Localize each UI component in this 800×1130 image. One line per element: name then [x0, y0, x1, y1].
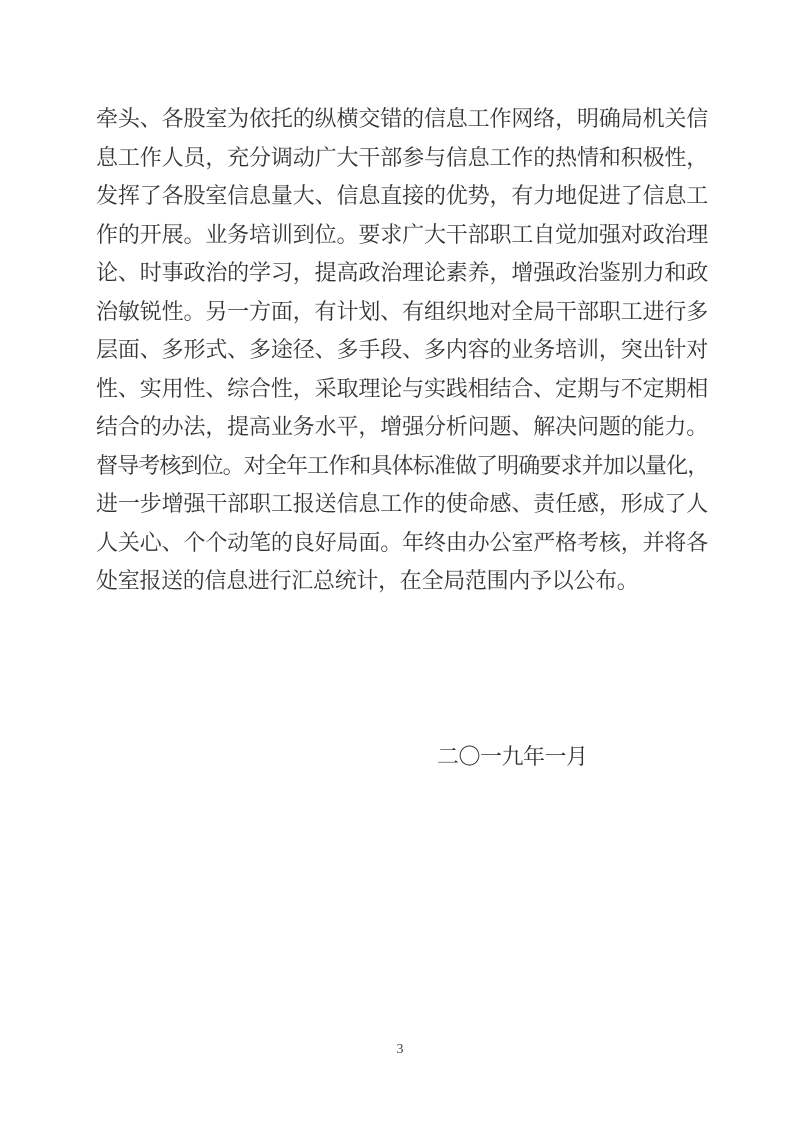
body-line: 结合的办法，提高业务水平，增强分析问题、解决问题的能力。: [96, 408, 708, 447]
body-line: 论、时事政治的学习，提高政治理论素养，增强政治鉴别力和政: [96, 254, 708, 293]
body-line: 进一步增强干部职工报送信息工作的使命感、责任感，形成了人: [96, 485, 708, 524]
body-paragraph: 牵头、各股室为依托的纵横交错的信息工作网络，明确局机关信 息工作人员，充分调动广…: [96, 100, 708, 601]
body-line: 性、实用性、综合性，采取理论与实践相结合、定期与不定期相: [96, 370, 708, 409]
body-line: 作的开展。业务培训到位。要求广大干部职工自觉加强对政治理: [96, 216, 708, 255]
document-page: 牵头、各股室为依托的纵横交错的信息工作网络，明确局机关信 息工作人员，充分调动广…: [0, 0, 800, 1130]
body-line: 息工作人员，充分调动广大干部参与信息工作的热情和积极性，: [96, 139, 708, 178]
page-number: 3: [0, 1042, 800, 1058]
body-line: 层面、多形式、多途径、多手段、多内容的业务培训，突出针对: [96, 331, 708, 370]
body-line: 治敏锐性。另一方面，有计划、有组织地对全局干部职工进行多: [96, 293, 708, 332]
body-line: 发挥了各股室信息量大、信息直接的优势，有力地促进了信息工: [96, 177, 708, 216]
body-line: 督导考核到位。对全年工作和具体标准做了明确要求并加以量化，: [96, 447, 708, 486]
document-date: 二〇一九年一月: [437, 740, 588, 771]
body-line: 处室报送的信息进行汇总统计，在全局范围内予以公布。: [96, 562, 708, 601]
body-line: 牵头、各股室为依托的纵横交错的信息工作网络，明确局机关信: [96, 100, 708, 139]
body-line: 人关心、个个动笔的良好局面。年终由办公室严格考核，并将各: [96, 524, 708, 563]
